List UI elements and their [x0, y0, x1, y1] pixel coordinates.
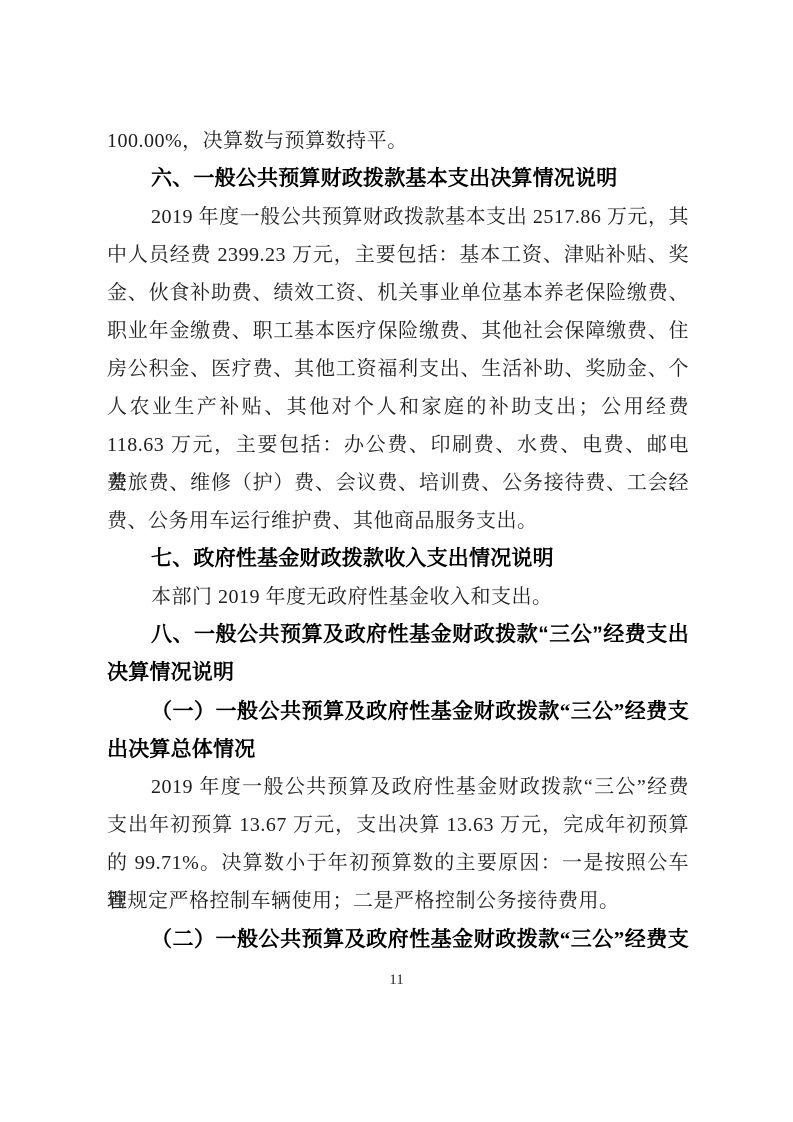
section-heading-line: 七、政府性基金财政拨款收入支出情况说明	[107, 540, 689, 578]
document-page: 100.00%，决算数与预算数持平。 六、一般公共预算财政拨款基本支出决算情况说…	[0, 0, 793, 1122]
subsection-heading-line: （二）一般公共预算及政府性基金财政拨款“三公”经费支	[107, 920, 689, 958]
section-heading-line: 六、一般公共预算财政拨款基本支出决算情况说明	[107, 160, 689, 198]
body-text-line: 金、伙食补助费、绩效工资、机关事业单位基本养老保险缴费、	[107, 274, 689, 312]
body-text-line: 职业年金缴费、职工基本医疗保险缴费、其他社会保障缴费、住	[107, 312, 689, 350]
body-text-line: 的 99.71%。决算数小于年初预算数的主要原因：一是按照公车管	[107, 844, 689, 882]
body-text-line: 支出年初预算 13.67 万元，支出决算 13.63 万元，完成年初预算	[107, 806, 689, 844]
section-heading-line: 八、一般公共预算及政府性基金财政拨款“三公”经费支出	[107, 616, 689, 654]
document-body: 100.00%，决算数与预算数持平。 六、一般公共预算财政拨款基本支出决算情况说…	[107, 122, 689, 958]
section-heading-line: 决算情况说明	[107, 654, 689, 692]
body-text-line: 费、公务用车运行维护费、其他商品服务支出。	[107, 502, 689, 540]
body-text-line: 房公积金、医疗费、其他工资福利支出、生活补助、奖励金、个	[107, 350, 689, 388]
body-text-line: 中人员经费 2399.23 万元，主要包括：基本工资、津贴补贴、奖	[107, 236, 689, 274]
body-text-line: 人农业生产补贴、其他对个人和家庭的补助支出；公用经费	[107, 388, 689, 426]
body-text-line: 100.00%，决算数与预算数持平。	[107, 122, 689, 160]
subsection-heading-line: （一）一般公共预算及政府性基金财政拨款“三公”经费支	[107, 692, 689, 730]
body-text-line: 118.63 万元，主要包括：办公费、印刷费、水费、电费、邮电费、	[107, 426, 689, 464]
body-text-line: 理规定严格控制车辆使用；二是严格控制公务接待费用。	[107, 882, 689, 920]
body-text-line: 本部门 2019 年度无政府性基金收入和支出。	[107, 578, 689, 616]
body-text-line: 2019 年度一般公共预算及政府性基金财政拨款“三公”经费	[107, 768, 689, 806]
body-text-line: 差旅费、维修（护）费、会议费、培训费、公务接待费、工会经	[107, 464, 689, 502]
page-number: 11	[0, 972, 793, 989]
body-text-line: 2019 年度一般公共预算财政拨款基本支出 2517.86 万元，其	[107, 198, 689, 236]
subsection-heading-line: 出决算总体情况	[107, 730, 689, 768]
